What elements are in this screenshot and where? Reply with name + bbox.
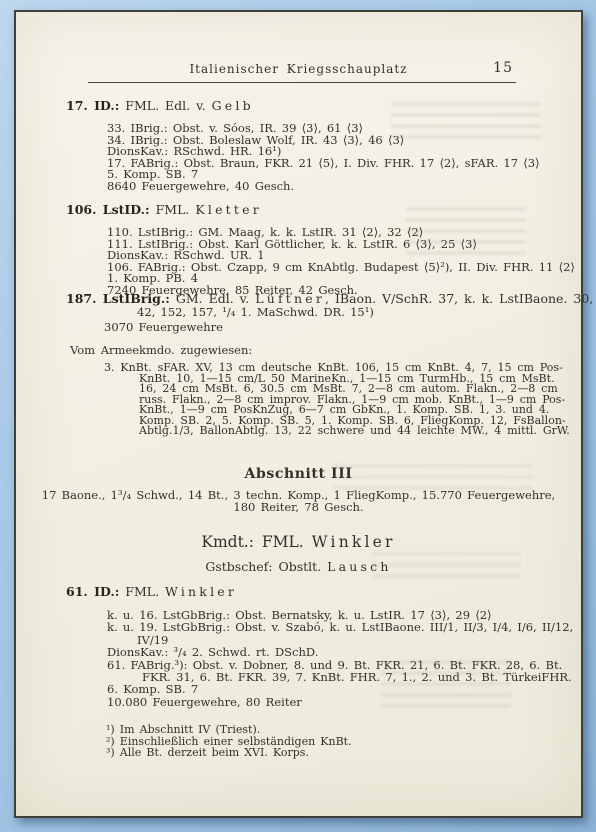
assigned-line: Abtlg.1/3, BallonAbtlg. 13, 22 schwere u… (139, 426, 581, 437)
staff-chief-name: Lausch (327, 559, 391, 574)
unit-line: DionsKav.: ³/₄ 2. Schwd. rt. DSchD. (107, 646, 581, 658)
commander-rank: FML. (125, 584, 159, 599)
stats-line: 180 Reiter, 78 Gesch. (16, 501, 581, 513)
commander-name: Lüftner (255, 291, 325, 306)
staff-chief-label: Gstbschef: Obstlt. (205, 559, 321, 574)
assigned-lines: 3. KnBt. sFAR. XV, 13 cm deutsche KnBt. … (104, 363, 581, 437)
staff-chief-line: Gstbschef: Obstlt. Lausch (16, 559, 581, 574)
commander-name: Gelb (212, 98, 254, 113)
unit-line-continuation: FKR. 31, 6. Bt. FKR. 39, 7. KnBt. FHR. 7… (142, 671, 581, 683)
commandant-name: Winkler (312, 533, 396, 551)
page-number: 15 (493, 60, 513, 76)
division-section-106: 106. LstID.: FML. Kletter 110. LstIBrig.… (16, 202, 581, 297)
division-heading: 106. LstID.: FML. Kletter (66, 202, 581, 217)
division-section-61: 61. ID.: FML. Winkler k. u. 16. LstGbBri… (16, 584, 581, 708)
section-title: Abschnitt III (16, 466, 581, 482)
assigned-intro: Vom Armeekmdo. zugewiesen: (70, 343, 581, 357)
division-section-17: 17. ID.: FML. Edl. v. Gelb 33. IBrig.: O… (16, 98, 581, 193)
section-stats: 17 Baone., 1³/₄ Schwd., 14 Bt., 3 techn.… (16, 489, 581, 513)
division-label: 61. ID.: (66, 584, 119, 599)
brigade-label: 187. LstIBrig.: (66, 291, 170, 306)
brigade-heading: 187. LstIBrig.: GM. Edl. v. Lüftner, IBa… (66, 291, 581, 306)
assigned-section: Vom Armeekmdo. zugewiesen: 3. KnBt. sFAR… (16, 343, 581, 437)
brigade-section-187: 187. LstIBrig.: GM. Edl. v. Lüftner, IBa… (16, 291, 581, 333)
unit-line: 6. Komp. SB. 7 (107, 683, 581, 695)
commander-rank: FML. Edl. v. (125, 98, 205, 113)
footnotes: ¹) Im Abschnitt IV (Triest). ²) Einschli… (16, 724, 581, 759)
unit-line: 8640 Feuergewehre, 40 Gesch. (107, 181, 581, 193)
commander-name: Kletter (195, 202, 262, 217)
header-rule (88, 82, 516, 83)
unit-line: 10.080 Feuergewehre, 80 Reiter (107, 696, 581, 708)
footnote: ¹) Im Abschnitt IV (Triest). (106, 724, 581, 736)
commander-rank: FML. (156, 202, 190, 217)
division-label: 17. ID.: (66, 98, 119, 113)
unit-line: k. u. 19. LstGbBrig.: Obst. v. Szabó, k.… (107, 621, 581, 633)
commander-rank: GM. Edl. v. (176, 291, 249, 306)
commander-name: Winkler (165, 584, 237, 599)
unit-lines: 33. IBrig.: Obst. v. Sóos, IR. 39 ⟨3⟩, 6… (107, 123, 581, 193)
footnote: ³) Alle Bt. derzeit beim XVI. Korps. (106, 747, 581, 759)
division-heading: 61. ID.: FML. Winkler (66, 584, 581, 599)
commandant-label: Kmdt.: FML. (201, 533, 303, 551)
division-label: 106. LstID.: (66, 202, 150, 217)
unit-lines: k. u. 16. LstGbBrig.: Obst. Bernatsky, k… (107, 609, 581, 708)
total-line: 3070 Feuergewehre (104, 322, 581, 334)
unit-line-continuation: 42, 152, 157, ¹/₄ 1. MaSchwd. DR. 15¹) (137, 307, 581, 319)
commandant-line: Kmdt.: FML. Winkler (16, 533, 581, 551)
unit-lines: 110. LstIBrig.: GM. Maag, k. k. LstIR. 3… (107, 227, 581, 297)
scanned-book-page: Italienischer Kriegsschauplatz 15 17. ID… (14, 10, 583, 818)
brigade-heading-tail: , IBaon. V/SchR. 37, k. k. LstIBaone. 30… (325, 291, 596, 306)
division-heading: 17. ID.: FML. Edl. v. Gelb (66, 98, 581, 113)
running-header: Italienischer Kriegsschauplatz 15 (16, 62, 581, 78)
